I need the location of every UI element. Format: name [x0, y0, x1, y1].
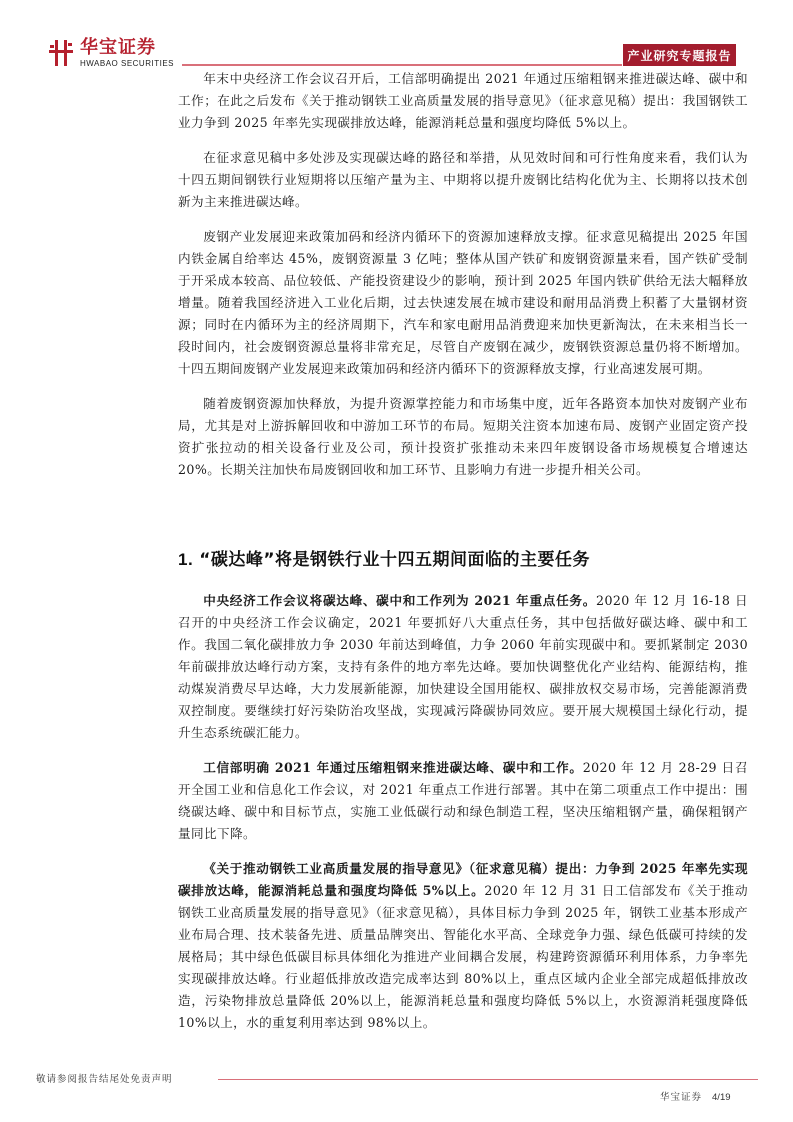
- company-logo: 华宝证券 HWABAO SECURITIES: [48, 38, 174, 70]
- section-paragraph: 《关于推动钢铁工业高质量发展的指导意见》（征求意见稿）提出：力争到 2025 年…: [178, 858, 748, 1034]
- paragraph-lead: 工信部明确 2021 年通过压缩粗钢来推进碳达峰、碳中和工作。: [203, 760, 583, 775]
- footer-page-info: 华宝证券4/19: [660, 1089, 731, 1103]
- intro-paragraph: 废钢产业发展迎来政策加码和经济内循环下的资源加速释放支撑。征求意见稿提出 202…: [178, 226, 748, 380]
- section-paragraph: 中央经济工作会议将碳达峰、碳中和工作列为 2021 年重点任务。2020 年 1…: [178, 590, 748, 744]
- report-type-badge: 产业研究专题报告: [623, 44, 736, 66]
- section-body: 中央经济工作会议将碳达峰、碳中和工作列为 2021 年重点任务。2020 年 1…: [178, 590, 748, 1047]
- header-divider: [182, 64, 622, 66]
- section-title-text: “碳达峰”将是钢铁行业十四五期间面临的主要任务: [199, 550, 590, 570]
- hwabao-logo-icon: [48, 38, 74, 66]
- paragraph-lead: 中央经济工作会议将碳达峰、碳中和工作列为 2021 年重点任务。: [203, 593, 596, 608]
- footer-divider: [218, 1079, 758, 1080]
- section-paragraph: 工信部明确 2021 年通过压缩粗钢来推进碳达峰、碳中和工作。2020 年 12…: [178, 757, 748, 845]
- footer-disclaimer: 敬请参阅报告结尾处免责声明: [36, 1071, 173, 1085]
- section-number: 1.: [178, 550, 193, 569]
- footer-company: 华宝证券: [660, 1092, 702, 1103]
- intro-paragraph: 随着废钢资源加快释放，为提升资源掌控能力和市场集中度，近年各路资本加快对废钢产业…: [178, 393, 748, 481]
- paragraph-text: 2020 年 12 月 16-18 日召开的中央经济工作会议确定，2021 年要…: [178, 593, 748, 740]
- logo-chinese-name: 华宝证券: [80, 38, 174, 58]
- intro-paragraph: 年末中央经济工作会议召开后，工信部明确提出 2021 年通过压缩粗钢来推进碳达峰…: [178, 68, 748, 134]
- intro-paragraph: 在征求意见稿中多处涉及实现碳达峰的路径和举措，从见效时间和可行性角度来看，我们认…: [178, 147, 748, 213]
- paragraph-text: 2020 年 12 月 31 日工信部发布《关于推动钢铁工业高质量发展的指导意见…: [178, 883, 748, 1030]
- logo-english-name: HWABAO SECURITIES: [80, 59, 174, 69]
- section-heading: 1.“碳达峰”将是钢铁行业十四五期间面临的主要任务: [178, 545, 590, 570]
- page-number: 4/19: [712, 1092, 731, 1103]
- intro-body: 年末中央经济工作会议召开后，工信部明确提出 2021 年通过压缩粗钢来推进碳达峰…: [178, 68, 748, 494]
